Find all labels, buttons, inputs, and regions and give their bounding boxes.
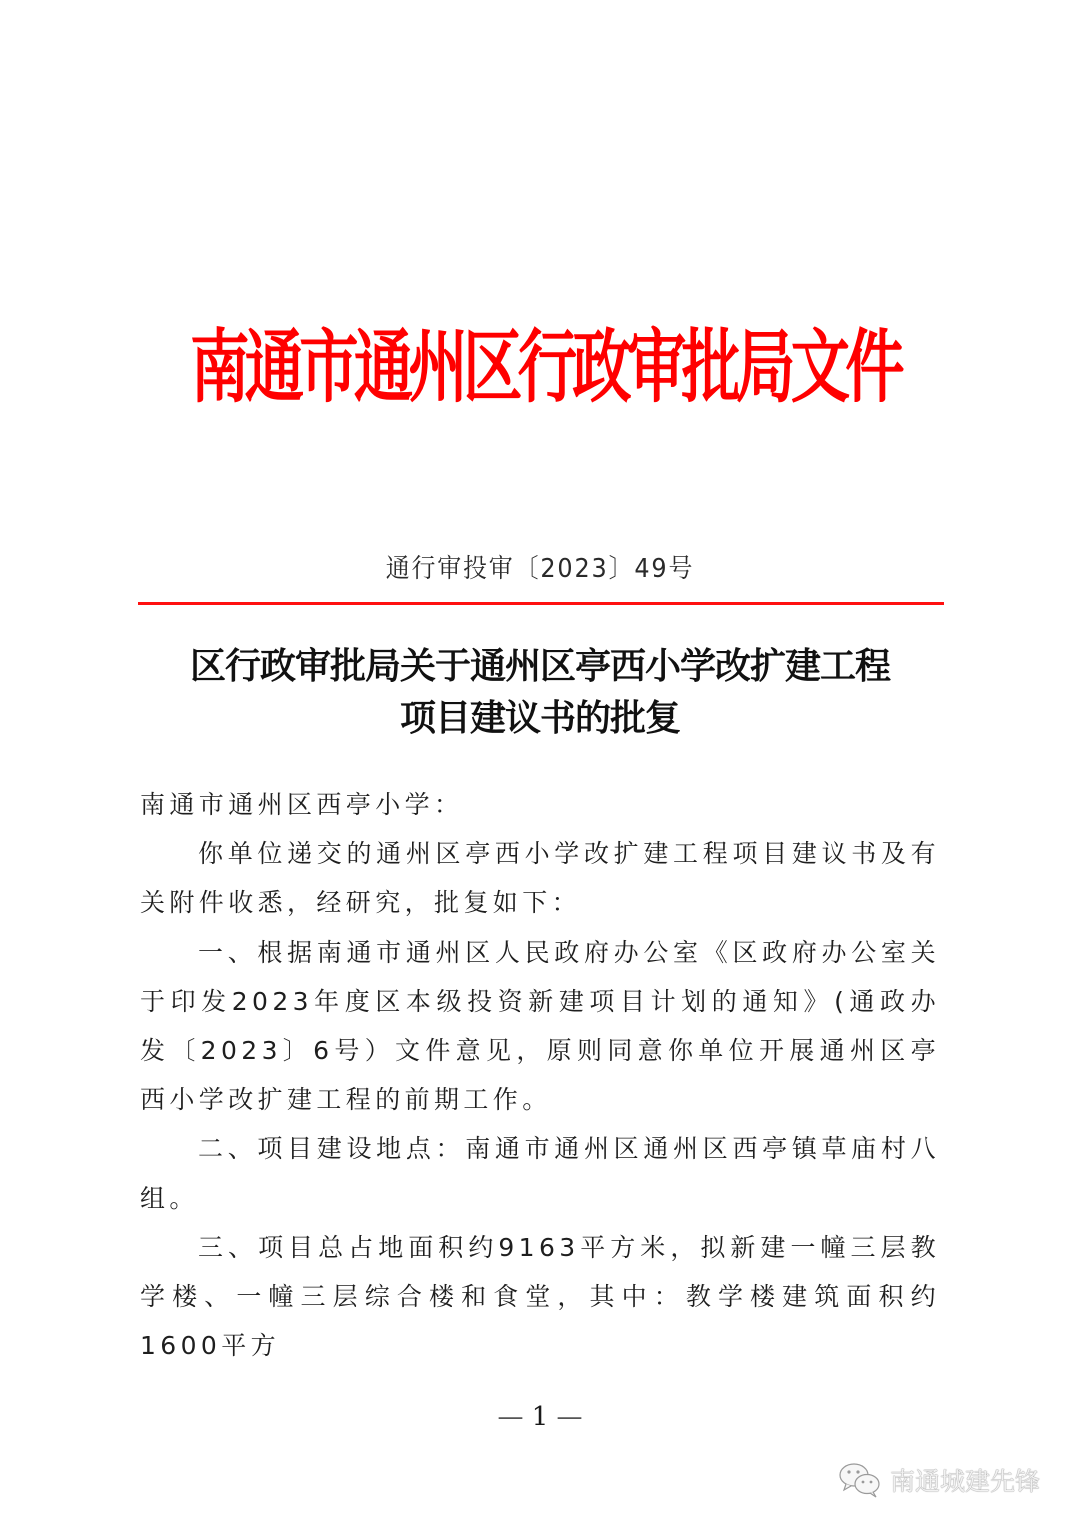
page-number: — 1 — xyxy=(0,1402,1080,1432)
paragraph-item-1: 一、根据南通市通州区人民政府办公室《区政府办公室关于印发2023年度区本级投资新… xyxy=(140,928,940,1125)
page-number-value: 1 xyxy=(532,1402,549,1432)
document-title: 区行政审批局关于通州区亭西小学改扩建工程 项目建议书的批复 xyxy=(0,640,1080,744)
title-line-1: 区行政审批局关于通州区亭西小学改扩建工程 xyxy=(0,640,1080,692)
document-body: 南通市通州区西亭小学： 你单位递交的通州区亭西小学改扩建工程项目建议书及有关附件… xyxy=(140,780,940,1370)
document-number: 通行审投审〔2023〕49号 xyxy=(43,548,1037,585)
paragraph-item-2: 二、项目建设地点：南通市通州区通州区西亭镇草庙村八组。 xyxy=(140,1124,940,1222)
document-page: 南通市通州区行政审批局文件 通行审投审〔2023〕49号 区行政审批局关于通州区… xyxy=(0,0,1080,1527)
watermark-text: 南通城建先锋 xyxy=(890,1462,1040,1498)
paragraph-item-3: 三、项目总占地面积约9163平方米，拟新建一幢三层教学楼、一幢三层综合楼和食堂，… xyxy=(140,1223,940,1371)
paragraph-intro: 你单位递交的通州区亭西小学改扩建工程项目建议书及有关附件收悉，经研究，批复如下： xyxy=(140,829,940,927)
addressee: 南通市通州区西亭小学： xyxy=(140,780,940,829)
page-dash-left: — xyxy=(497,1402,523,1432)
page-dash-right: — xyxy=(557,1402,583,1432)
masthead-title: 南通市通州区行政审批局文件 xyxy=(253,297,838,423)
title-line-2: 项目建议书的批复 xyxy=(0,692,1080,744)
red-divider xyxy=(138,602,944,605)
watermark: 南通城建先锋 xyxy=(838,1458,1040,1502)
wechat-icon xyxy=(838,1461,882,1499)
